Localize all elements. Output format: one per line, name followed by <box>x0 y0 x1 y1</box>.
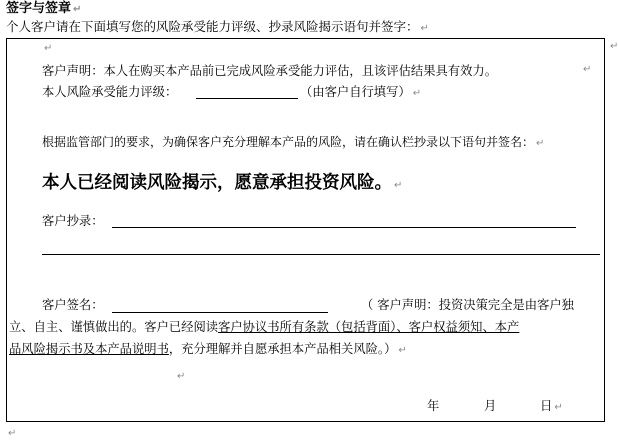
customer-declaration: 客户声明：本人在购买本产品前已完成风险承受能力评估，且该评估结果具有效力。 <box>42 63 497 79</box>
signature-field[interactable] <box>112 297 328 311</box>
paragraph-mark-icon: ↵ <box>413 88 421 99</box>
paragraph-mark-icon: ↵ <box>44 43 52 54</box>
transcription-underline <box>112 227 576 228</box>
risk-rating-label: 本人风险承受能力评级： <box>42 84 177 100</box>
risk-rating-field[interactable] <box>196 84 298 98</box>
paragraph-mark-icon: ↵ <box>398 345 406 356</box>
transcription-underline-2 <box>42 254 600 255</box>
paragraph-mark-icon: ↵ <box>536 138 544 149</box>
section-title: 签字与签章↵ <box>6 0 81 18</box>
paragraph-mark-icon: ↵ <box>554 402 562 413</box>
risk-rating-underline <box>196 98 298 99</box>
risk-disclosure-documents: 品风险揭示书及本产品说明书 <box>9 342 169 356</box>
date-month: 月 <box>484 398 496 414</box>
paragraph-mark-icon: ↵ <box>177 371 185 382</box>
investment-statement-line-2: 立、自主、谨慎做出的。客户已经阅读客户协议书所有条款（包括背面）、客户权益须知、… <box>9 319 519 335</box>
agreement-documents-link: 客户协议书所有条款（包括背面）、客户权益须知、本产 <box>218 320 519 334</box>
signature-underline <box>112 312 328 313</box>
instruction-text: 个人客户请在下面填写您的风险承受能力评级、抄录风险揭示语句并签字：↵ <box>6 18 429 37</box>
paragraph-mark-icon: ↵ <box>583 64 591 75</box>
regulatory-note: 根据监管部门的要求，为确保客户充分理解本产品的风险，请在确认栏抄录以下语句并签名… <box>42 134 544 152</box>
paragraph-mark-icon: ↵ <box>394 180 402 191</box>
date-year: 年 <box>427 398 439 414</box>
date-day: 日↵ <box>540 398 563 416</box>
investment-statement-line-3: 品风险揭示书及本产品说明书，充分理解并自愿承担本产品相关风险。）↵ <box>9 341 407 359</box>
investment-statement-line-1: （ 客户声明：投资决策完全是由客户独 <box>361 297 574 313</box>
transcription-label: 客户抄录： <box>42 213 104 229</box>
transcription-field[interactable] <box>112 213 576 227</box>
risk-statement: 本人已经阅读风险揭示，愿意承担投资风险。↵ <box>42 171 402 198</box>
signature-label: 客户签名： <box>42 297 104 313</box>
paragraph-mark-icon: ↵ <box>421 23 429 34</box>
paragraph-mark-icon: ↵ <box>8 428 16 439</box>
paragraph-mark-icon: ↵ <box>73 4 81 15</box>
paragraph-mark-icon: ↵ <box>610 41 618 52</box>
risk-rating-hint: （由客户自行填写）↵ <box>300 84 421 102</box>
